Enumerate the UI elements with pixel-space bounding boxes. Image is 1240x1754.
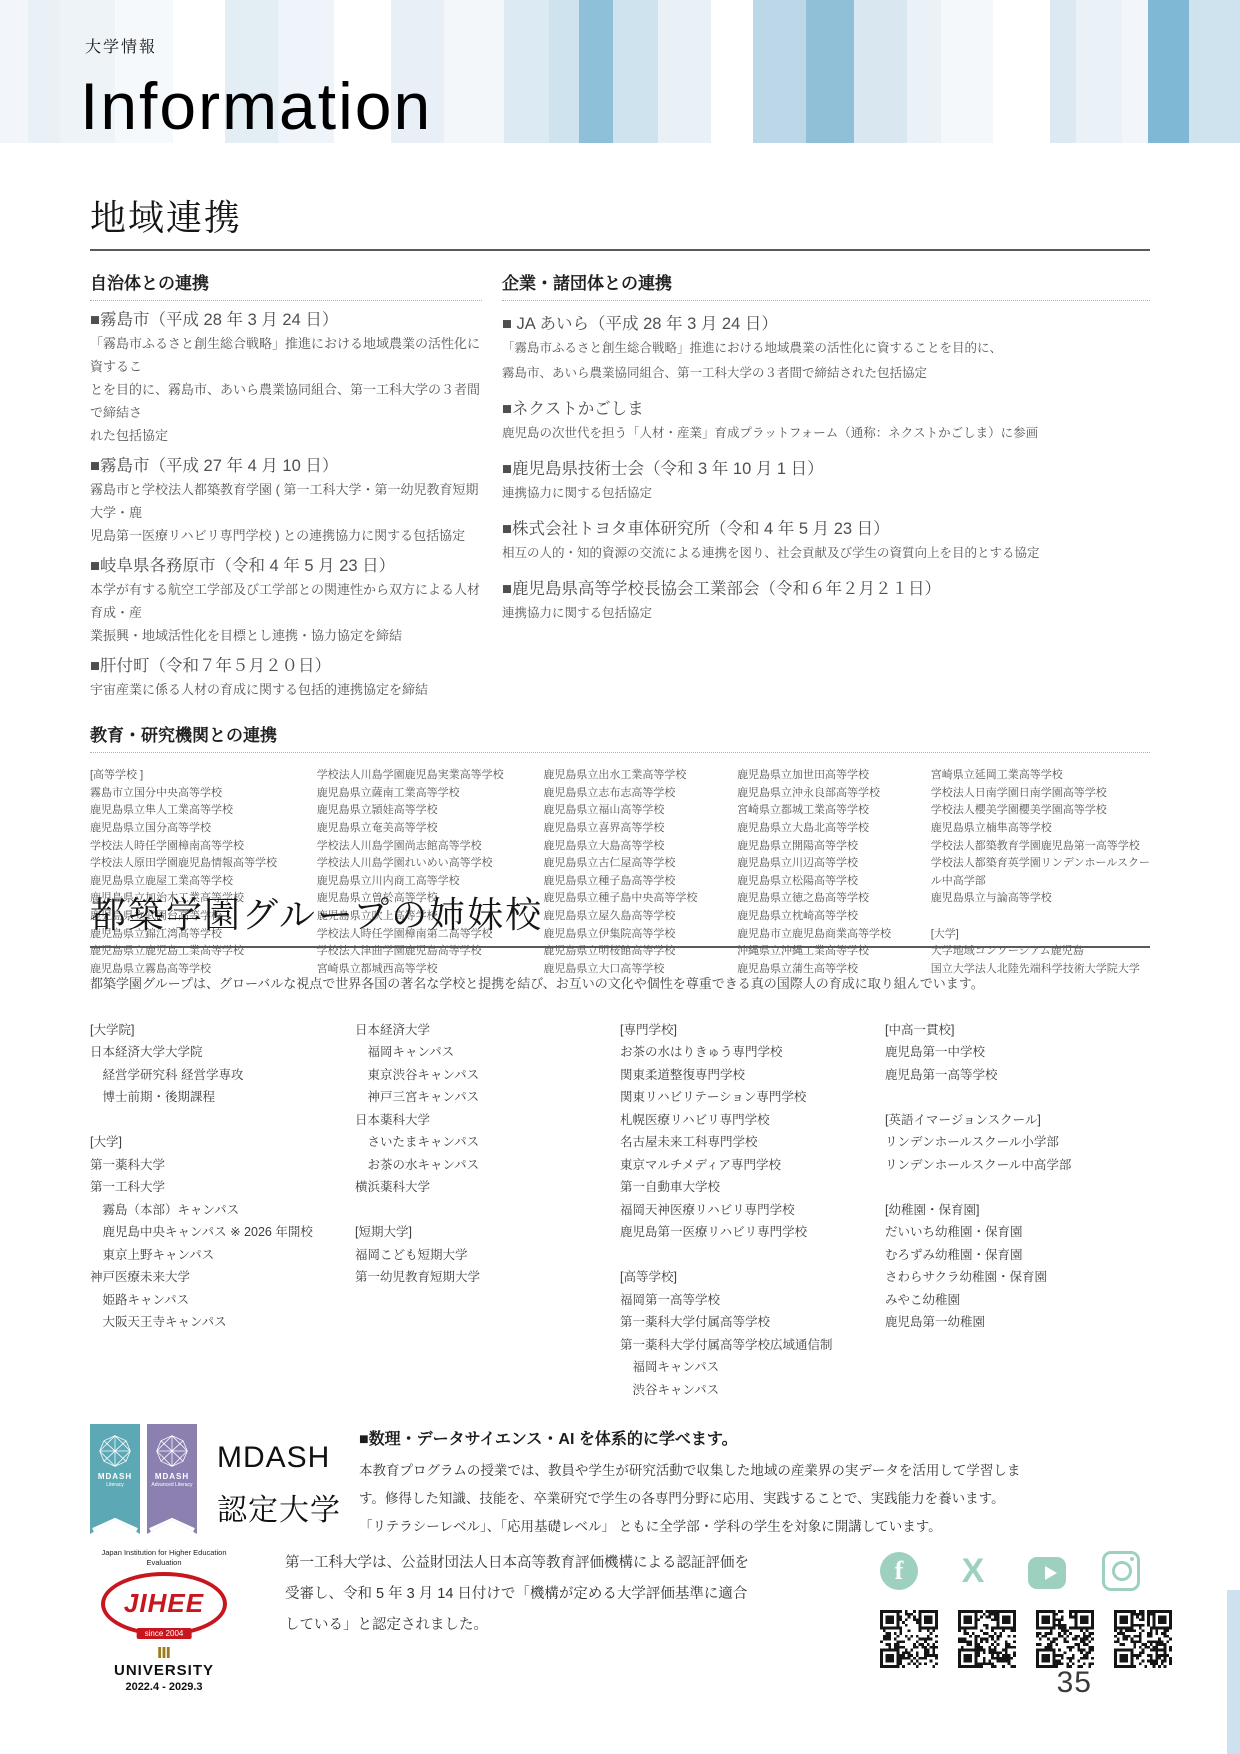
- sister-school-name: 経営学研究科 経営学専攻: [90, 1064, 355, 1087]
- sister-school-name: お茶の水はりきゅう専門学校: [620, 1041, 885, 1064]
- sister-school-name: 関東柔道整復専門学校: [620, 1064, 885, 1087]
- stripe: [28, 0, 60, 143]
- jihee-seal: JIHEE since 2004: [101, 1572, 227, 1636]
- sister-school-name: [短期大学]: [355, 1221, 620, 1244]
- qr-code: [880, 1610, 938, 1668]
- facebook-icon: f: [880, 1552, 918, 1590]
- school-name: ル中高学部: [931, 873, 1150, 891]
- sister-school-name: 第一幼児教育短期大学: [355, 1266, 620, 1289]
- agreement-title: ■ JA あいら（平成 28 年 3 月 24 日）: [502, 312, 1150, 336]
- sister-school-name: [885, 1086, 1150, 1109]
- municipal-header: 自治体との連携: [90, 269, 482, 301]
- school-name: 学校法人川島学園れいめい高等学校: [317, 855, 504, 873]
- school-name: 鹿児島県立加世田高等学校: [737, 767, 891, 785]
- sister-school-name: 鹿児島第一医療リハビリ専門学校: [620, 1221, 885, 1244]
- sister-school-name: [90, 1109, 355, 1132]
- mdash-body-line: 「リテラシーレベル」、「応用基礎レベル」 ともに全学部・学科の学生を対象に開講し…: [359, 1513, 1020, 1541]
- agreement-title: ■肝付町（令和７年５月２０日）: [90, 654, 482, 678]
- agreement-detail: 業振興・地域活性化を目標とし連携・協力協定を締結: [90, 624, 482, 647]
- corporate-entries: ■ JA あいら（平成 28 年 3 月 24 日）「霧島市ふるさと創生総合戦略…: [502, 312, 1150, 626]
- chevron-icon: [147, 1518, 197, 1532]
- sister-school-name: 福岡こども短期大学: [355, 1244, 620, 1267]
- jihee-period: 2022.4 - 2029.3: [85, 1681, 243, 1693]
- sister-column-4: [中高一貫校]鹿児島第一中学校鹿児島第一高等学校[英語イマージョンスクール]リン…: [885, 1019, 1150, 1402]
- sister-school-name: リンデンホールスクール小学部: [885, 1131, 1150, 1154]
- sister-school-name: 日本薬科大学: [355, 1109, 620, 1132]
- sister-school-name: さわらサクラ幼稚園・保育園: [885, 1266, 1150, 1289]
- school-name: 学校法人時任学園樟南高等学校: [90, 838, 277, 856]
- mdash-body-line: 本教育プログラムの授業では、教員や学生が研究活動で収集した地域の産業界の実データ…: [359, 1457, 1020, 1485]
- qr-code-row: [880, 1610, 1180, 1668]
- municipal-column: 自治体との連携 ■霧島市（平成 28 年 3 月 24 日）「霧島市ふるさと創生…: [90, 269, 482, 701]
- agreement-detail: 相互の人的・知的資源の交流による連携を図り、社会貢献及び学生の資質向上を目的とす…: [502, 541, 1150, 566]
- stripe: [504, 0, 549, 143]
- links-block: f X: [880, 1548, 1180, 1668]
- sister-school-name: みやこ幼稚園: [885, 1289, 1150, 1312]
- qr-code: [1114, 1610, 1172, 1668]
- sister-school-name: [620, 1244, 885, 1267]
- school-name: 宮崎県立都城工業高等学校: [737, 802, 891, 820]
- corporate-header: 企業・諸団体との連携: [502, 269, 1150, 301]
- sister-school-name: 大阪天王寺キャンパス: [90, 1311, 355, 1334]
- agreement-title: ■鹿児島県技術士会（令和 3 年 10 月 1 日）: [502, 457, 1150, 481]
- sister-school-name: 福岡第一高等学校: [620, 1289, 885, 1312]
- school-name: 鹿児島県立松陽高等学校: [737, 873, 891, 891]
- mdash-certified-label: MDASH 認定大学: [217, 1432, 341, 1537]
- agreement-detail: 霧島市と学校法人都築教育学園 ( 第一工科大学・第一幼児教育短期大学・鹿: [90, 478, 482, 524]
- sister-school-name: 第一薬科大学: [90, 1154, 355, 1177]
- stripe: [711, 0, 753, 143]
- network-icon: [155, 1434, 189, 1468]
- sister-school-name: 福岡キャンパス: [620, 1356, 885, 1379]
- school-name: 鹿児島県立志布志高等学校: [543, 785, 697, 803]
- mdash-badges: MDASH Literacy MDASH Advance: [90, 1424, 197, 1534]
- stripe: [613, 0, 658, 143]
- sister-school-name: 鹿児島第一中学校: [885, 1041, 1150, 1064]
- school-name: 鹿児島県立喜界高等学校: [543, 820, 697, 838]
- jihee-university-label: UNIVERSITY: [85, 1662, 243, 1679]
- accreditation-line: している」と認定されました。: [285, 1610, 765, 1641]
- mdash-body-line: す。修得した知識、技能を、卒業研究で学生の各専門分野に応用、実践することで、実践…: [359, 1485, 1020, 1513]
- jihee-logo: Japan Institution for Higher Education E…: [85, 1548, 243, 1693]
- school-name: 鹿児島県立出水工業高等学校: [543, 767, 697, 785]
- sister-list: [大学院]日本経済大学大学院 経営学研究科 経営学専攻 博士前期・後期課程[大学…: [90, 1019, 1150, 1402]
- sister-school-name: [中高一貫校]: [885, 1019, 1150, 1042]
- stripe: [579, 0, 613, 143]
- agreement-title: ■鹿児島県高等学校長協会工業部会（令和６年２月２１日）: [502, 577, 1150, 601]
- sister-school-name: だいいち幼稚園・保育園: [885, 1221, 1150, 1244]
- school-name: 鹿児島県立種子島高等学校: [543, 873, 697, 891]
- school-name: 鹿児島県立頴娃高等学校: [317, 802, 504, 820]
- badge-sub: Advanced Literacy: [151, 1482, 192, 1488]
- school-name: 鹿児島県立川内商工高等学校: [317, 873, 504, 891]
- sister-title: 都築学園グループの姉妹校: [90, 893, 1150, 936]
- jihee-block: Japan Institution for Higher Education E…: [85, 1548, 1180, 1693]
- sister-column-1: [大学院]日本経済大学大学院 経営学研究科 経営学専攻 博士前期・後期課程[大学…: [90, 1019, 355, 1402]
- agreement-detail: 連携協力に関する包括協定: [502, 601, 1150, 626]
- mdash-advanced-badge: MDASH Advanced Literacy: [147, 1424, 197, 1534]
- stripe: [1148, 0, 1189, 143]
- sister-school-name: 関東リハビリテーション専門学校: [620, 1086, 885, 1109]
- section-regional-cooperation: 地域連携 自治体との連携 ■霧島市（平成 28 年 3 月 24 日）「霧島市ふ…: [90, 196, 1150, 978]
- brochure-page: 大学情報 Information 地域連携 自治体との連携 ■霧島市（平成 28…: [0, 0, 1240, 1754]
- accreditation-line: 受審し、令和 5 年 3 月 14 日付けで「機構が定める大学評価基準に適合: [285, 1579, 765, 1610]
- school-name: 学校法人川島学園鹿児島実業高等学校: [317, 767, 504, 785]
- sister-school-name: 横浜薬科大学: [355, 1176, 620, 1199]
- sister-school-name: 霧島（本部）キャンパス: [90, 1199, 355, 1222]
- agreement-detail: れた包括協定: [90, 424, 482, 447]
- sister-school-name: 第一工科大学: [90, 1176, 355, 1199]
- municipal-entries: ■霧島市（平成 28 年 3 月 24 日）「霧島市ふるさと創生総合戦略」推進に…: [90, 308, 482, 701]
- agreement-title: ■株式会社トヨタ車体研究所（令和 4 年 5 月 23 日）: [502, 517, 1150, 541]
- sister-school-name: 神戸三宮キャンパス: [355, 1086, 620, 1109]
- sister-school-name: 福岡天神医療リハビリ専門学校: [620, 1199, 885, 1222]
- mdash-label-line1: MDASH: [217, 1432, 341, 1485]
- sister-column-3: [専門学校]お茶の水はりきゅう専門学校関東柔道整復専門学校関東リハビリテーション…: [620, 1019, 885, 1402]
- jihee-wordmark: JIHEE: [124, 1588, 204, 1619]
- sister-school-name: リンデンホールスクール中高学部: [885, 1154, 1150, 1177]
- agreement-detail: 宇宙産業に係る人材の育成に関する包括的連携協定を締結: [90, 678, 482, 701]
- sister-school-name: むろずみ幼稚園・保育園: [885, 1244, 1150, 1267]
- jihee-since: since 2004: [137, 1628, 192, 1639]
- sister-school-name: 鹿児島第一幼稚園: [885, 1311, 1150, 1334]
- school-name: 学校法人川島学園尚志館高等学校: [317, 838, 504, 856]
- section-sister-schools: 都築学園グループの姉妹校 都築学園グループは、グローバルな視点で世界各国の著名な…: [90, 893, 1150, 1401]
- chevron-icon: [90, 1518, 140, 1532]
- agreement-detail: 霧島市、あいら農業協同組合、第一工科大学の３者間で締結された包括協定: [502, 361, 1150, 386]
- network-icon: [98, 1434, 132, 1468]
- page-number: 35: [1057, 1666, 1092, 1700]
- school-name: 学校法人原田学園鹿児島情報高等学校: [90, 855, 277, 873]
- school-name: 鹿児島県立福山高等学校: [543, 802, 697, 820]
- sister-school-name: [355, 1199, 620, 1222]
- school-name: 鹿児島県立開陽高等学校: [737, 838, 891, 856]
- sister-school-name: 東京マルチメディア専門学校: [620, 1154, 885, 1177]
- sister-school-name: [幼稚園・保育園]: [885, 1199, 1150, 1222]
- corporate-column: 企業・諸団体との連携 ■ JA あいら（平成 28 年 3 月 24 日）「霧島…: [502, 269, 1150, 701]
- agreement-detail: 本学が有する航空工学部及び工学部との関連性から双方による人材育成・産: [90, 578, 482, 624]
- stripe: [658, 0, 711, 143]
- agreement-detail: 児島第一医療リハビリ専門学校 ) との連携協力に関する包括協定: [90, 524, 482, 547]
- agreement-detail: 連携協力に関する包括協定: [502, 481, 1150, 506]
- sister-school-name: さいたまキャンパス: [355, 1131, 620, 1154]
- sister-school-name: [大学]: [90, 1131, 355, 1154]
- school-name: 学校法人櫻美学園櫻美学園高等学校: [931, 802, 1150, 820]
- mdash-block: MDASH Literacy MDASH Advance: [90, 1424, 1180, 1541]
- badge-sub: Literacy: [106, 1482, 124, 1488]
- stripe: [993, 0, 1050, 143]
- mdash-body: 本教育プログラムの授業では、教員や学生が研究活動で収集した地域の産業界の実データ…: [359, 1457, 1020, 1541]
- sister-school-name: 第一薬科大学付属高等学校広域通信制: [620, 1334, 885, 1357]
- accreditation-text: 第一工科大学は、公益財団法人日本高等教育評価機構による認証評価を受審し、令和 5…: [285, 1548, 765, 1641]
- qr-code: [958, 1610, 1016, 1668]
- stripe: [907, 0, 941, 143]
- agreement-detail: とを目的に、霧島市、あいら農業協同組合、第一工科大学の３者間で締結さ: [90, 378, 482, 424]
- sister-column-2: 日本経済大学 福岡キャンパス 東京渋谷キャンパス 神戸三宮キャンパス日本薬科大学…: [355, 1019, 620, 1402]
- stripe: [1076, 0, 1122, 143]
- education-header: 教育・研究機関との連携: [90, 721, 1150, 753]
- school-name: 学校法人日南学園日南学園高等学校: [931, 785, 1150, 803]
- accreditation-line: 第一工科大学は、公益財団法人日本高等教育評価機構による認証評価を: [285, 1548, 765, 1579]
- stripe: [0, 0, 28, 143]
- stripe: [806, 0, 854, 143]
- stripe: [549, 0, 579, 143]
- school-name: 鹿児島県立国分高等学校: [90, 820, 277, 838]
- stripe: [1189, 0, 1240, 143]
- jihee-org-name: Japan Institution for Higher Education E…: [85, 1548, 243, 1568]
- school-name: 鹿児島県立川辺高等学校: [737, 855, 891, 873]
- sister-school-name: 第一自動車大学校: [620, 1176, 885, 1199]
- mdash-label-line2: 認定大学: [217, 1485, 341, 1538]
- qr-code: [1036, 1610, 1094, 1668]
- sister-school-name: 福岡キャンパス: [355, 1041, 620, 1064]
- school-name: 宮崎県立延岡工業高等学校: [931, 767, 1150, 785]
- page-title: Information: [80, 68, 432, 144]
- school-name: 学校法人都築育英学園リンデンホールスクー: [931, 855, 1150, 873]
- badge-name: MDASH: [98, 1472, 132, 1481]
- sister-school-name: 札幌医療リハビリ専門学校: [620, 1109, 885, 1132]
- sister-school-name: [専門学校]: [620, 1019, 885, 1042]
- sister-school-name: [英語イマージョンスクール]: [885, 1109, 1150, 1132]
- sister-school-name: 神戸医療未来大学: [90, 1266, 355, 1289]
- stripe: [854, 0, 907, 143]
- sister-school-name: [885, 1176, 1150, 1199]
- sister-school-name: 日本経済大学大学院: [90, 1041, 355, 1064]
- agreement-title: ■岐阜県各務原市（令和 4 年 5 月 23 日）: [90, 554, 482, 578]
- school-name: 鹿児島県立隼人工業高等学校: [90, 802, 277, 820]
- school-name: 鹿児島県立大島高等学校: [543, 838, 697, 856]
- stripe: [1050, 0, 1076, 143]
- sister-school-name: 渋谷キャンパス: [620, 1379, 885, 1402]
- sister-school-name: 日本経済大学: [355, 1019, 620, 1042]
- mdash-heading: ■数理・データサイエンス・AI を体系的に学べます。: [359, 1426, 1020, 1449]
- stripe: [753, 0, 806, 143]
- sister-school-name: [大学院]: [90, 1019, 355, 1042]
- section-rule: [90, 249, 1150, 251]
- social-icon-row: f X: [880, 1552, 1180, 1590]
- edge-accent-strip: [1227, 1590, 1240, 1754]
- sister-rule: [90, 946, 1150, 948]
- sister-school-name: 東京上野キャンパス: [90, 1244, 355, 1267]
- school-name: 鹿児島県立大島北高等学校: [737, 820, 891, 838]
- youtube-icon: [1028, 1552, 1066, 1590]
- agreement-detail: 鹿児島の次世代を担う「人材・産業」育成プラットフォーム（通称：ネクストかごしま）…: [502, 421, 1150, 446]
- agreement-detail: 「霧島市ふるさと創生総合戦略」推進における地域農業の活性化に資することを目的に、: [502, 336, 1150, 361]
- school-name: 学校法人都築教育学園鹿児島第一高等学校: [931, 838, 1150, 856]
- sister-school-name: 姫路キャンパス: [90, 1289, 355, 1312]
- jihee-cycle-numeral: Ⅲ: [85, 1644, 243, 1662]
- sister-intro: 都築学園グループは、グローバルな視点で世界各国の著名な学校と提携を結び、お互いの…: [90, 974, 1150, 995]
- x-icon: X: [954, 1552, 992, 1590]
- instagram-icon: [1102, 1552, 1140, 1590]
- sister-school-name: 第一薬科大学付属高等学校: [620, 1311, 885, 1334]
- page-tag: 大学情報: [85, 34, 157, 57]
- stripe: [1122, 0, 1148, 143]
- school-name: 鹿児島県立奄美高等学校: [317, 820, 504, 838]
- agreement-title: ■霧島市（平成 28 年 3 月 24 日）: [90, 308, 482, 332]
- sister-school-name: [高等学校]: [620, 1266, 885, 1289]
- school-name: 霧島市立国分中央高等学校: [90, 785, 277, 803]
- badge-name: MDASH: [155, 1472, 189, 1481]
- school-name: 鹿児島県立沖永良部高等学校: [737, 785, 891, 803]
- agreement-title: ■ネクストかごしま: [502, 397, 1150, 421]
- school-name: [高等学校 ]: [90, 767, 277, 785]
- section-title: 地域連携: [90, 196, 1150, 239]
- school-name: 鹿児島県立楠隼高等学校: [931, 820, 1150, 838]
- school-name: 鹿児島県立鹿屋工業高等学校: [90, 873, 277, 891]
- stripe: [444, 0, 504, 143]
- school-name: 鹿児島県立古仁屋高等学校: [543, 855, 697, 873]
- sister-school-name: 鹿児島第一高等学校: [885, 1064, 1150, 1087]
- sister-school-name: お茶の水キャンパス: [355, 1154, 620, 1177]
- sister-school-name: 博士前期・後期課程: [90, 1086, 355, 1109]
- school-name: 鹿児島県立薩南工業高等学校: [317, 785, 504, 803]
- stripe: [941, 0, 993, 143]
- agreement-title: ■霧島市（平成 27 年 4 月 10 日）: [90, 454, 482, 478]
- mdash-literacy-badge: MDASH Literacy: [90, 1424, 140, 1534]
- sister-school-name: 名古屋未来工科専門学校: [620, 1131, 885, 1154]
- sister-school-name: 東京渋谷キャンパス: [355, 1064, 620, 1087]
- agreement-detail: 「霧島市ふるさと創生総合戦略」推進における地域農業の活性化に資するこ: [90, 332, 482, 378]
- mdash-description: ■数理・データサイエンス・AI を体系的に学べます。 本教育プログラムの授業では…: [359, 1426, 1020, 1541]
- sister-school-name: 鹿児島中央キャンパス ※ 2026 年開校: [90, 1221, 355, 1244]
